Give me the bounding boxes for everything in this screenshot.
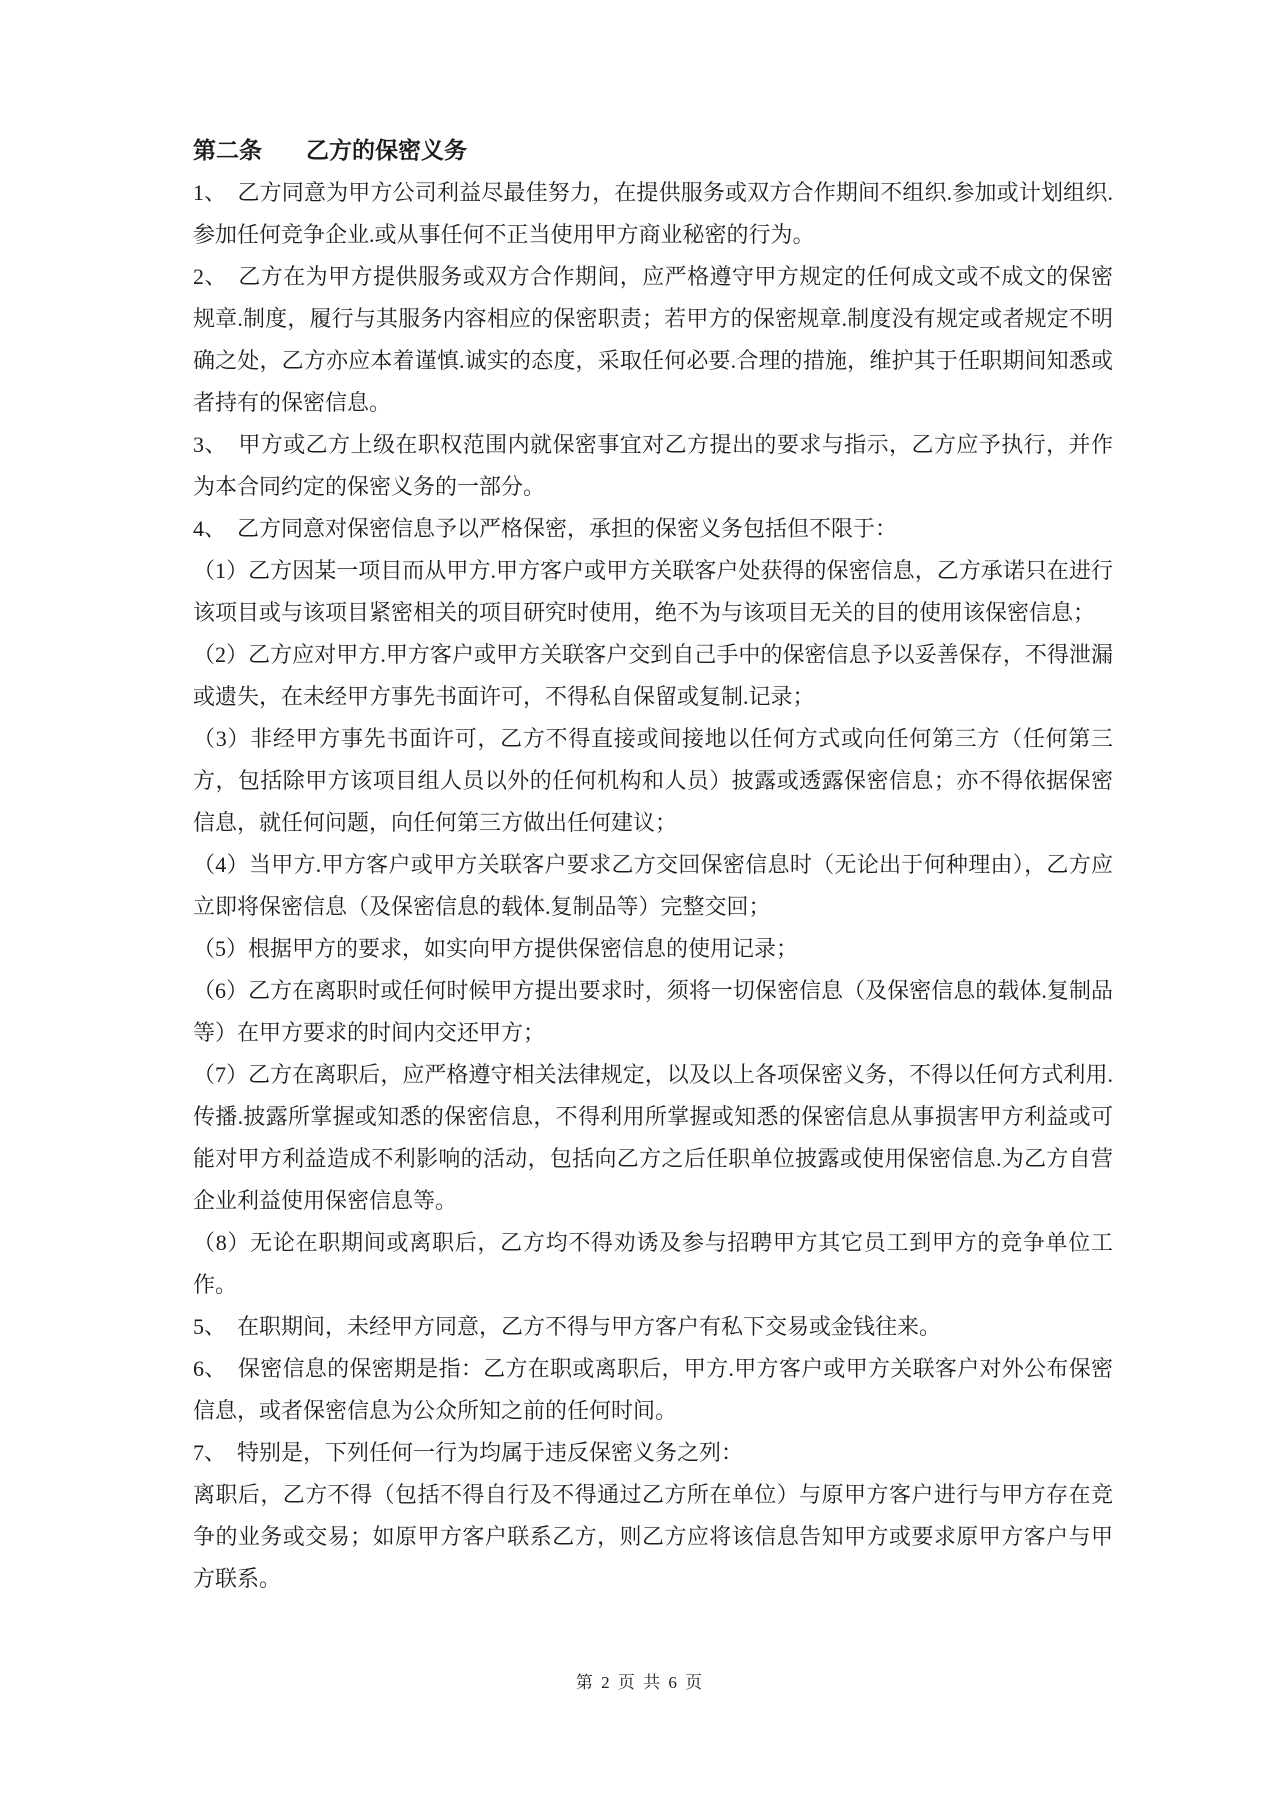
section-title: 乙方的保密义务 [306, 138, 467, 163]
contract-paragraph: 7、 特别是，下列任何一行为均属于违反保密义务之列： [193, 1432, 1113, 1474]
document-page: 第二条乙方的保密义务 1、 乙方同意为甲方公司利益尽最佳努力，在提供服务或双方合… [0, 0, 1280, 1810]
contract-paragraph: 3、 甲方或乙方上级在职权范围内就保密事宜对乙方提出的要求与指示，乙方应予执行，… [193, 424, 1113, 508]
contract-paragraph: 2、 乙方在为甲方提供服务或双方合作期间，应严格遵守甲方规定的任何成文或不成文的… [193, 256, 1113, 424]
contract-paragraph: （4）当甲方.甲方客户或甲方关联客户要求乙方交回保密信息时（无论出于何种理由），… [193, 844, 1113, 928]
contract-paragraph: （3）非经甲方事先书面许可，乙方不得直接或间接地以任何方式或向任何第三方（任何第… [193, 718, 1113, 844]
contract-section: 第二条乙方的保密义务 1、 乙方同意为甲方公司利益尽最佳努力，在提供服务或双方合… [193, 130, 1113, 1600]
page-footer: 第 2 页 共 6 页 [0, 1668, 1280, 1693]
contract-paragraph: 6、 保密信息的保密期是指：乙方在职或离职后，甲方.甲方客户或甲方关联客户对外公… [193, 1348, 1113, 1432]
contract-paragraph: （1）乙方因某一项目而从甲方.甲方客户或甲方关联客户处获得的保密信息，乙方承诺只… [193, 550, 1113, 634]
section-heading: 第二条乙方的保密义务 [193, 130, 1113, 172]
contract-paragraph: （7）乙方在离职后，应严格遵守相关法律规定，以及以上各项保密义务，不得以任何方式… [193, 1054, 1113, 1222]
contract-paragraph: （6）乙方在离职时或任何时候甲方提出要求时，须将一切保密信息（及保密信息的载体.… [193, 970, 1113, 1054]
contract-paragraph: 5、 在职期间，未经甲方同意，乙方不得与甲方客户有私下交易或金钱往来。 [193, 1306, 1113, 1348]
contract-paragraph: 4、 乙方同意对保密信息予以严格保密，承担的保密义务包括但不限于： [193, 508, 1113, 550]
contract-paragraph: （2）乙方应对甲方.甲方客户或甲方关联客户交到自己手中的保密信息予以妥善保存，不… [193, 634, 1113, 718]
contract-paragraph: （8）无论在职期间或离职后，乙方均不得劝诱及参与招聘甲方其它员工到甲方的竞争单位… [193, 1222, 1113, 1306]
contract-paragraph: （5）根据甲方的要求，如实向甲方提供保密信息的使用记录； [193, 928, 1113, 970]
contract-paragraph: 1、 乙方同意为甲方公司利益尽最佳努力，在提供服务或双方合作期间不组织.参加或计… [193, 172, 1113, 256]
paragraph-list: 1、 乙方同意为甲方公司利益尽最佳努力，在提供服务或双方合作期间不组织.参加或计… [193, 172, 1113, 1600]
page-number-label: 第 2 页 共 6 页 [576, 1673, 704, 1692]
section-number: 第二条 [193, 138, 262, 163]
contract-paragraph: 离职后，乙方不得（包括不得自行及不得通过乙方所在单位）与原甲方客户进行与甲方存在… [193, 1474, 1113, 1600]
